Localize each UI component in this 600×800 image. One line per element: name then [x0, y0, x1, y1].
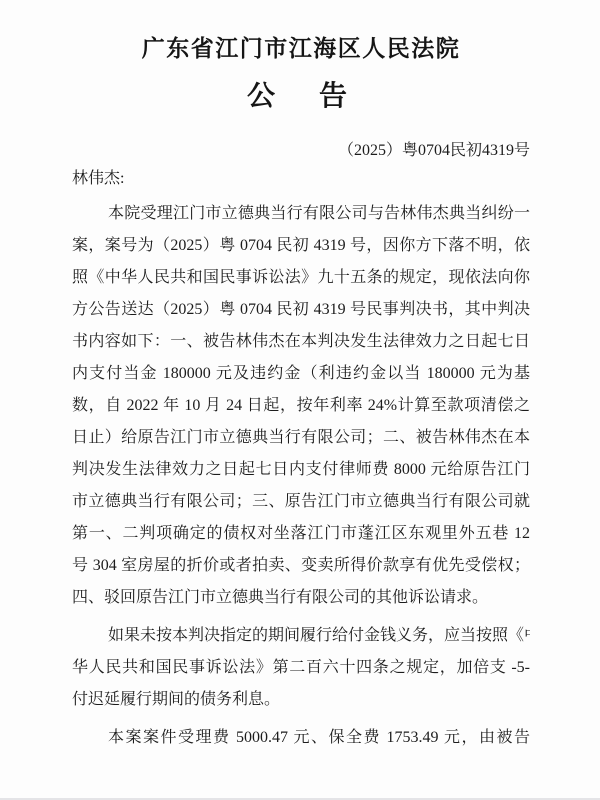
doc-line: 内支付当金 180000 元及违约金（利违约金以当 180000 元为基 — [72, 358, 530, 390]
doc-line: 照《中华人民共和国民事诉讼法》九十五条的规定，现依法向你 — [72, 262, 530, 294]
court-name-heading: 广东省江门市江海区人民法院 — [72, 34, 530, 64]
doc-line: 案，案号为（2025）粤 0704 民初 4319 号，因你方下落不明，依 — [72, 230, 530, 262]
doc-line: 华人民共和国民事诉讼法》第二百六十四条之规定，加倍支 -5- — [72, 652, 530, 684]
doc-line: 四、驳回原告江门市立德典当行有限公司的其他诉讼请求。 — [72, 582, 530, 614]
doc-line: 方公告送达（2025）粤 0704 民初 4319 号民事判决书，其中判决 — [72, 294, 530, 326]
doc-line: 号 304 室房屋的折价或者拍卖、变卖所得价款享有优先受偿权； — [72, 550, 530, 582]
doc-line: 判决发生法律效力之日起七日内支付律师费 8000 元给原告江门 — [72, 454, 530, 486]
fees-paragraph: 本案案件受理费 5000.47 元、保全费 1753.49 元，由被告 — [72, 722, 530, 754]
notice-title: 公 告 — [72, 80, 530, 114]
doc-line: 本案案件受理费 5000.47 元、保全费 1753.49 元，由被告 — [72, 722, 530, 754]
doc-line: 付迟延履行期间的债务利息。 — [72, 684, 530, 716]
addressee-name: 林伟杰: — [72, 168, 530, 190]
doc-line: 第一、二判项确定的债权对坐落江门市蓬江区东观里外五巷 12 — [72, 518, 530, 550]
doc-line: 本院受理江门市立德典当行有限公司与告林伟杰典当纠纷一 — [72, 198, 530, 230]
doc-line: 数，自 2022 年 10 月 24 日起，按年利率 24%计算至款项清偿之 — [72, 390, 530, 422]
court-notice-page: 广东省江门市江海区人民法院 公 告 （2025）粤0704民初4319号 林伟杰… — [0, 0, 600, 800]
penalty-paragraph: 如果未按本判决指定的期间履行给付金钱义务，应当按照《中 华人民共和国民事诉讼法》… — [72, 620, 530, 716]
doc-line: 书内容如下：一、被告林伟杰在本判决发生法律效力之日起七日 — [72, 326, 530, 358]
doc-line: 日止）给原告江门市立德典当行有限公司；二、被告林伟杰在本 — [72, 422, 530, 454]
doc-line: 市立德典当行有限公司；三、原告江门市立德典当行有限公司就 — [72, 486, 530, 518]
notice-content: 广东省江门市江海区人民法院 公 告 （2025）粤0704民初4319号 林伟杰… — [72, 0, 530, 754]
case-number: （2025）粤0704民初4319号 — [72, 140, 530, 162]
judgment-paragraph: 本院受理江门市立德典当行有限公司与告林伟杰典当纠纷一 案，案号为（2025）粤 … — [72, 198, 530, 614]
doc-line: 如果未按本判决指定的期间履行给付金钱义务，应当按照《中 — [72, 620, 530, 652]
